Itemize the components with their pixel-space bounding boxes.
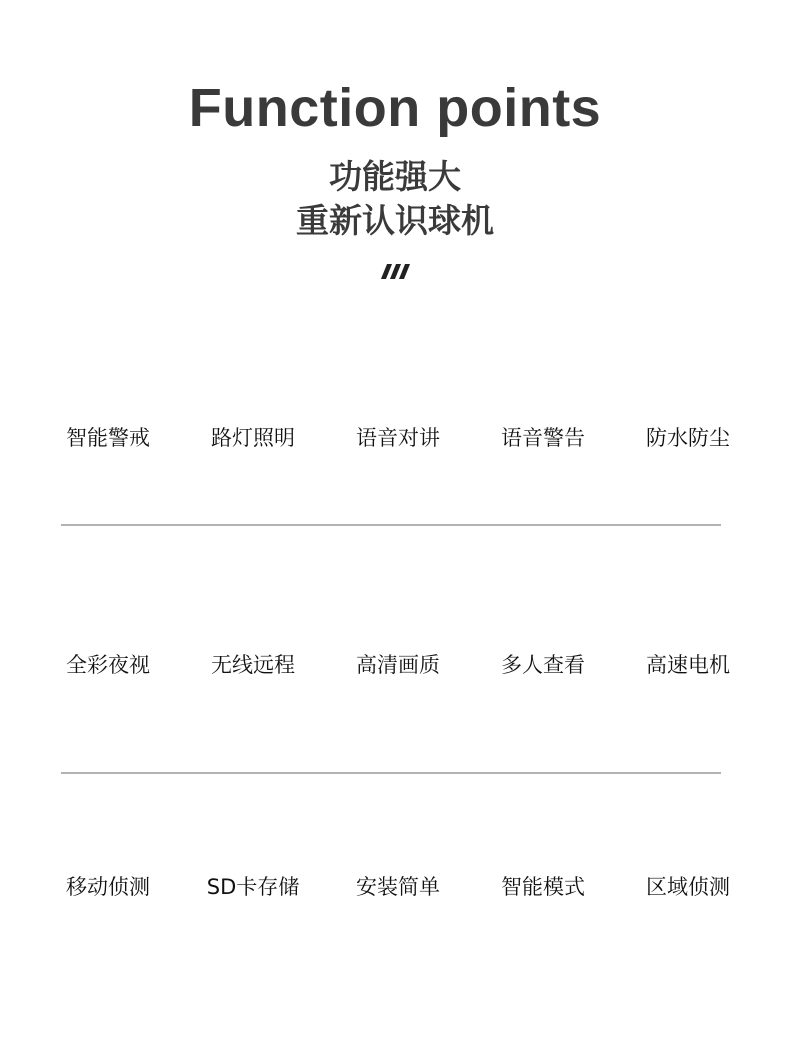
feature-item: 区域侦测 — [618, 874, 758, 900]
page-title: Function points — [0, 76, 790, 140]
feature-item: 防水防尘 — [618, 425, 758, 451]
row-divider — [61, 772, 721, 774]
feature-item: 多人查看 — [473, 652, 613, 678]
feature-item: 安装简单 — [328, 874, 468, 900]
feature-item: 路灯照明 — [183, 425, 323, 451]
feature-item: 智能模式 — [473, 874, 613, 900]
subtitle-line-2: 重新认识球机 — [0, 201, 790, 241]
feature-item: 高速电机 — [618, 652, 758, 678]
row-divider — [61, 524, 721, 526]
feature-row-1: 智能警戒 路灯照明 语音对讲 语音警告 防水防尘 — [38, 425, 758, 451]
feature-row-3: 移动侦测 SD卡存储 安装简单 智能模式 区域侦测 — [38, 874, 758, 900]
slash-decoration-icon — [0, 262, 790, 284]
feature-item: 移动侦测 — [38, 874, 178, 900]
feature-item: SD卡存储 — [183, 874, 323, 900]
feature-row-2: 全彩夜视 无线远程 高清画质 多人查看 高速电机 — [38, 652, 758, 678]
subtitle-line-1: 功能强大 — [0, 157, 790, 197]
slash-mark — [398, 264, 409, 279]
feature-item: 无线远程 — [183, 652, 323, 678]
feature-item: 语音警告 — [473, 425, 613, 451]
feature-item: 全彩夜视 — [38, 652, 178, 678]
feature-item: 语音对讲 — [328, 425, 468, 451]
feature-item: 智能警戒 — [38, 425, 178, 451]
feature-item: 高清画质 — [328, 652, 468, 678]
